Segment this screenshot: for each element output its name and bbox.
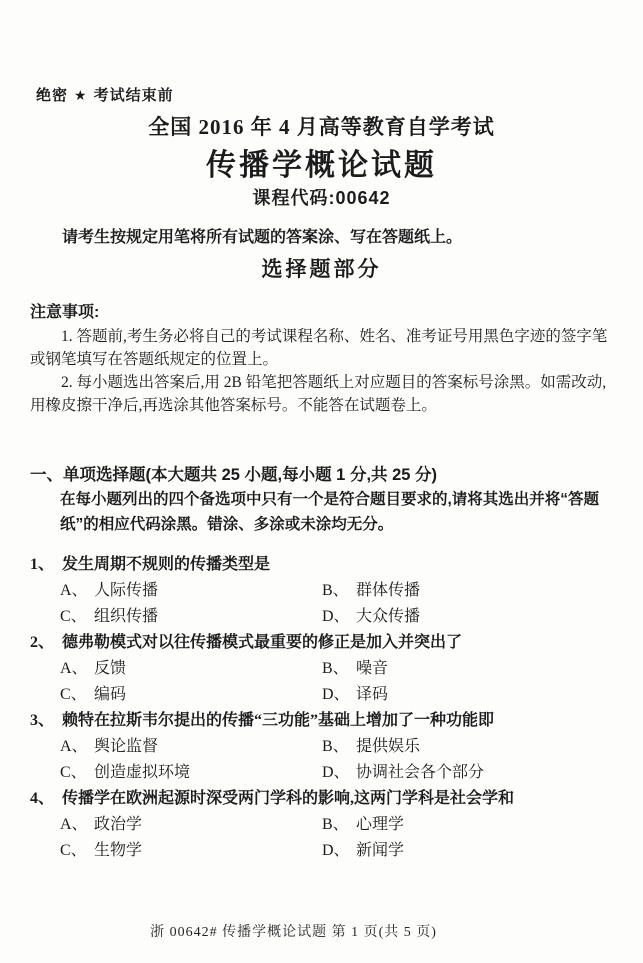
- question-3-options: A、舆论监督 B、提供娱乐 C、创造虚拟环境 D、协调社会各个部分: [60, 734, 619, 786]
- question-4-options: A、政治学 B、心理学 C、生物学 D、新闻学: [60, 812, 619, 864]
- option-text: 生物学: [94, 842, 142, 859]
- option-label: D、: [322, 760, 356, 786]
- option-label: D、: [322, 838, 356, 864]
- part-title: 选择题部分: [0, 253, 643, 283]
- classification-suffix: 考试结束前: [94, 87, 174, 104]
- question-1-stem-line: 1、发生周期不规则的传播类型是: [30, 552, 619, 578]
- exam-session-title: 全国 2016 年 4 月高等教育自学考试: [0, 111, 643, 141]
- note-text-2: 2. 每小题选出答案后,用 2B 铅笔把答题纸上对应题目的答案标号涂黑。如需改动…: [30, 371, 617, 417]
- option-text: 协调社会各个部分: [356, 764, 484, 781]
- option-a: A、舆论监督: [60, 734, 322, 760]
- option-label: D、: [322, 604, 356, 630]
- classification-banner: 绝密★考试结束前: [36, 84, 174, 105]
- option-label: C、: [60, 838, 94, 864]
- option-label: A、: [60, 734, 94, 760]
- question-number: 3、: [30, 708, 62, 734]
- question-stem: 赖特在拉斯韦尔提出的传播“三功能”基础上增加了一种功能即: [62, 712, 494, 729]
- option-label: B、: [322, 578, 356, 604]
- question-2-stem-line: 2、德弗勒模式对以往传播模式最重要的修正是加入并突出了: [30, 630, 619, 656]
- note-text-1: 1. 答题前,考生务必将自己的考试课程名称、姓名、准考证号用黑色字迹的签字笔或钢…: [30, 325, 617, 371]
- star-icon: ★: [68, 87, 94, 103]
- section-one-description: 在每小题列出的四个备选项中只有一个是符合题目要求的,请将其选出并将“答题纸”的相…: [60, 487, 619, 537]
- page-footer: 浙 00642# 传播学概论试题 第 1 页(共 5 页): [0, 921, 615, 941]
- section-one-heading: 一、单项选择题(本大题共 25 小题,每小题 1 分,共 25 分): [30, 461, 437, 485]
- paper-title: 传播学概论试题: [0, 140, 643, 184]
- option-text: 译码: [356, 686, 388, 703]
- option-text: 群体传播: [356, 582, 420, 599]
- option-d: D、协调社会各个部分: [322, 760, 619, 786]
- question-3: 3、赖特在拉斯韦尔提出的传播“三功能”基础上增加了一种功能即 A、舆论监督 B、…: [30, 708, 619, 786]
- option-text: 创造虚拟环境: [94, 764, 190, 781]
- option-text: 反馈: [94, 660, 126, 677]
- option-b: B、噪音: [322, 656, 619, 682]
- option-label: D、: [322, 682, 356, 708]
- option-label: B、: [322, 812, 356, 838]
- option-text: 新闻学: [356, 842, 404, 859]
- question-3-stem-line: 3、赖特在拉斯韦尔提出的传播“三功能”基础上增加了一种功能即: [30, 708, 619, 734]
- question-number: 1、: [30, 552, 62, 578]
- option-c: C、生物学: [60, 838, 322, 864]
- option-text: 政治学: [94, 816, 142, 833]
- option-text: 提供娱乐: [356, 738, 420, 755]
- option-text: 组织传播: [94, 608, 158, 625]
- question-1-options: A、人际传播 B、群体传播 C、组织传播 D、大众传播: [60, 578, 619, 630]
- question-number: 2、: [30, 630, 62, 656]
- option-label: B、: [322, 734, 356, 760]
- exam-paper-page: 绝密★考试结束前 全国 2016 年 4 月高等教育自学考试 传播学概论试题 课…: [0, 0, 643, 963]
- question-number: 4、: [30, 786, 62, 812]
- question-stem: 德弗勒模式对以往传播模式最重要的修正是加入并突出了: [62, 634, 462, 651]
- question-stem: 发生周期不规则的传播类型是: [62, 556, 270, 573]
- option-text: 舆论监督: [94, 738, 158, 755]
- option-text: 人际传播: [94, 582, 158, 599]
- option-label: A、: [60, 578, 94, 604]
- option-text: 噪音: [356, 660, 388, 677]
- option-text: 编码: [94, 686, 126, 703]
- note-item-2: 2. 每小题选出答案后,用 2B 铅笔把答题纸上对应题目的答案标号涂黑。如需改动…: [30, 371, 617, 417]
- option-label: C、: [60, 760, 94, 786]
- option-d: D、大众传播: [322, 604, 619, 630]
- question-1: 1、发生周期不规则的传播类型是 A、人际传播 B、群体传播 C、组织传播 D、大…: [30, 552, 619, 630]
- option-c: C、创造虚拟环境: [60, 760, 322, 786]
- option-label: A、: [60, 656, 94, 682]
- option-text: 大众传播: [356, 608, 420, 625]
- option-a: A、政治学: [60, 812, 322, 838]
- notes-heading: 注意事项:: [30, 299, 99, 322]
- option-d: D、译码: [322, 682, 619, 708]
- option-b: B、提供娱乐: [322, 734, 619, 760]
- option-a: A、人际传播: [60, 578, 322, 604]
- option-c: C、编码: [60, 682, 322, 708]
- question-2-options: A、反馈 B、噪音 C、编码 D、译码: [60, 656, 619, 708]
- question-4-stem-line: 4、传播学在欧洲起源时深受两门学科的影响,这两门学科是社会学和: [30, 786, 619, 812]
- option-c: C、组织传播: [60, 604, 322, 630]
- question-4: 4、传播学在欧洲起源时深受两门学科的影响,这两门学科是社会学和 A、政治学 B、…: [30, 786, 619, 864]
- note-item-1: 1. 答题前,考生务必将自己的考试课程名称、姓名、准考证号用黑色字迹的签字笔或钢…: [30, 325, 617, 371]
- option-label: C、: [60, 604, 94, 630]
- option-label: A、: [60, 812, 94, 838]
- question-list: 1、发生周期不规则的传播类型是 A、人际传播 B、群体传播 C、组织传播 D、大…: [30, 552, 619, 864]
- option-label: C、: [60, 682, 94, 708]
- question-2: 2、德弗勒模式对以往传播模式最重要的修正是加入并突出了 A、反馈 B、噪音 C、…: [30, 630, 619, 708]
- classification-prefix: 绝密: [36, 87, 68, 104]
- answer-sheet-instruction: 请考生按规定用笔将所有试题的答案涂、写在答题纸上。: [30, 227, 615, 249]
- option-label: B、: [322, 656, 356, 682]
- option-a: A、反馈: [60, 656, 322, 682]
- option-b: B、心理学: [322, 812, 619, 838]
- option-b: B、群体传播: [322, 578, 619, 604]
- question-stem: 传播学在欧洲起源时深受两门学科的影响,这两门学科是社会学和: [62, 790, 514, 807]
- option-d: D、新闻学: [322, 838, 619, 864]
- course-code: 课程代码:00642: [0, 184, 643, 210]
- option-text: 心理学: [356, 816, 404, 833]
